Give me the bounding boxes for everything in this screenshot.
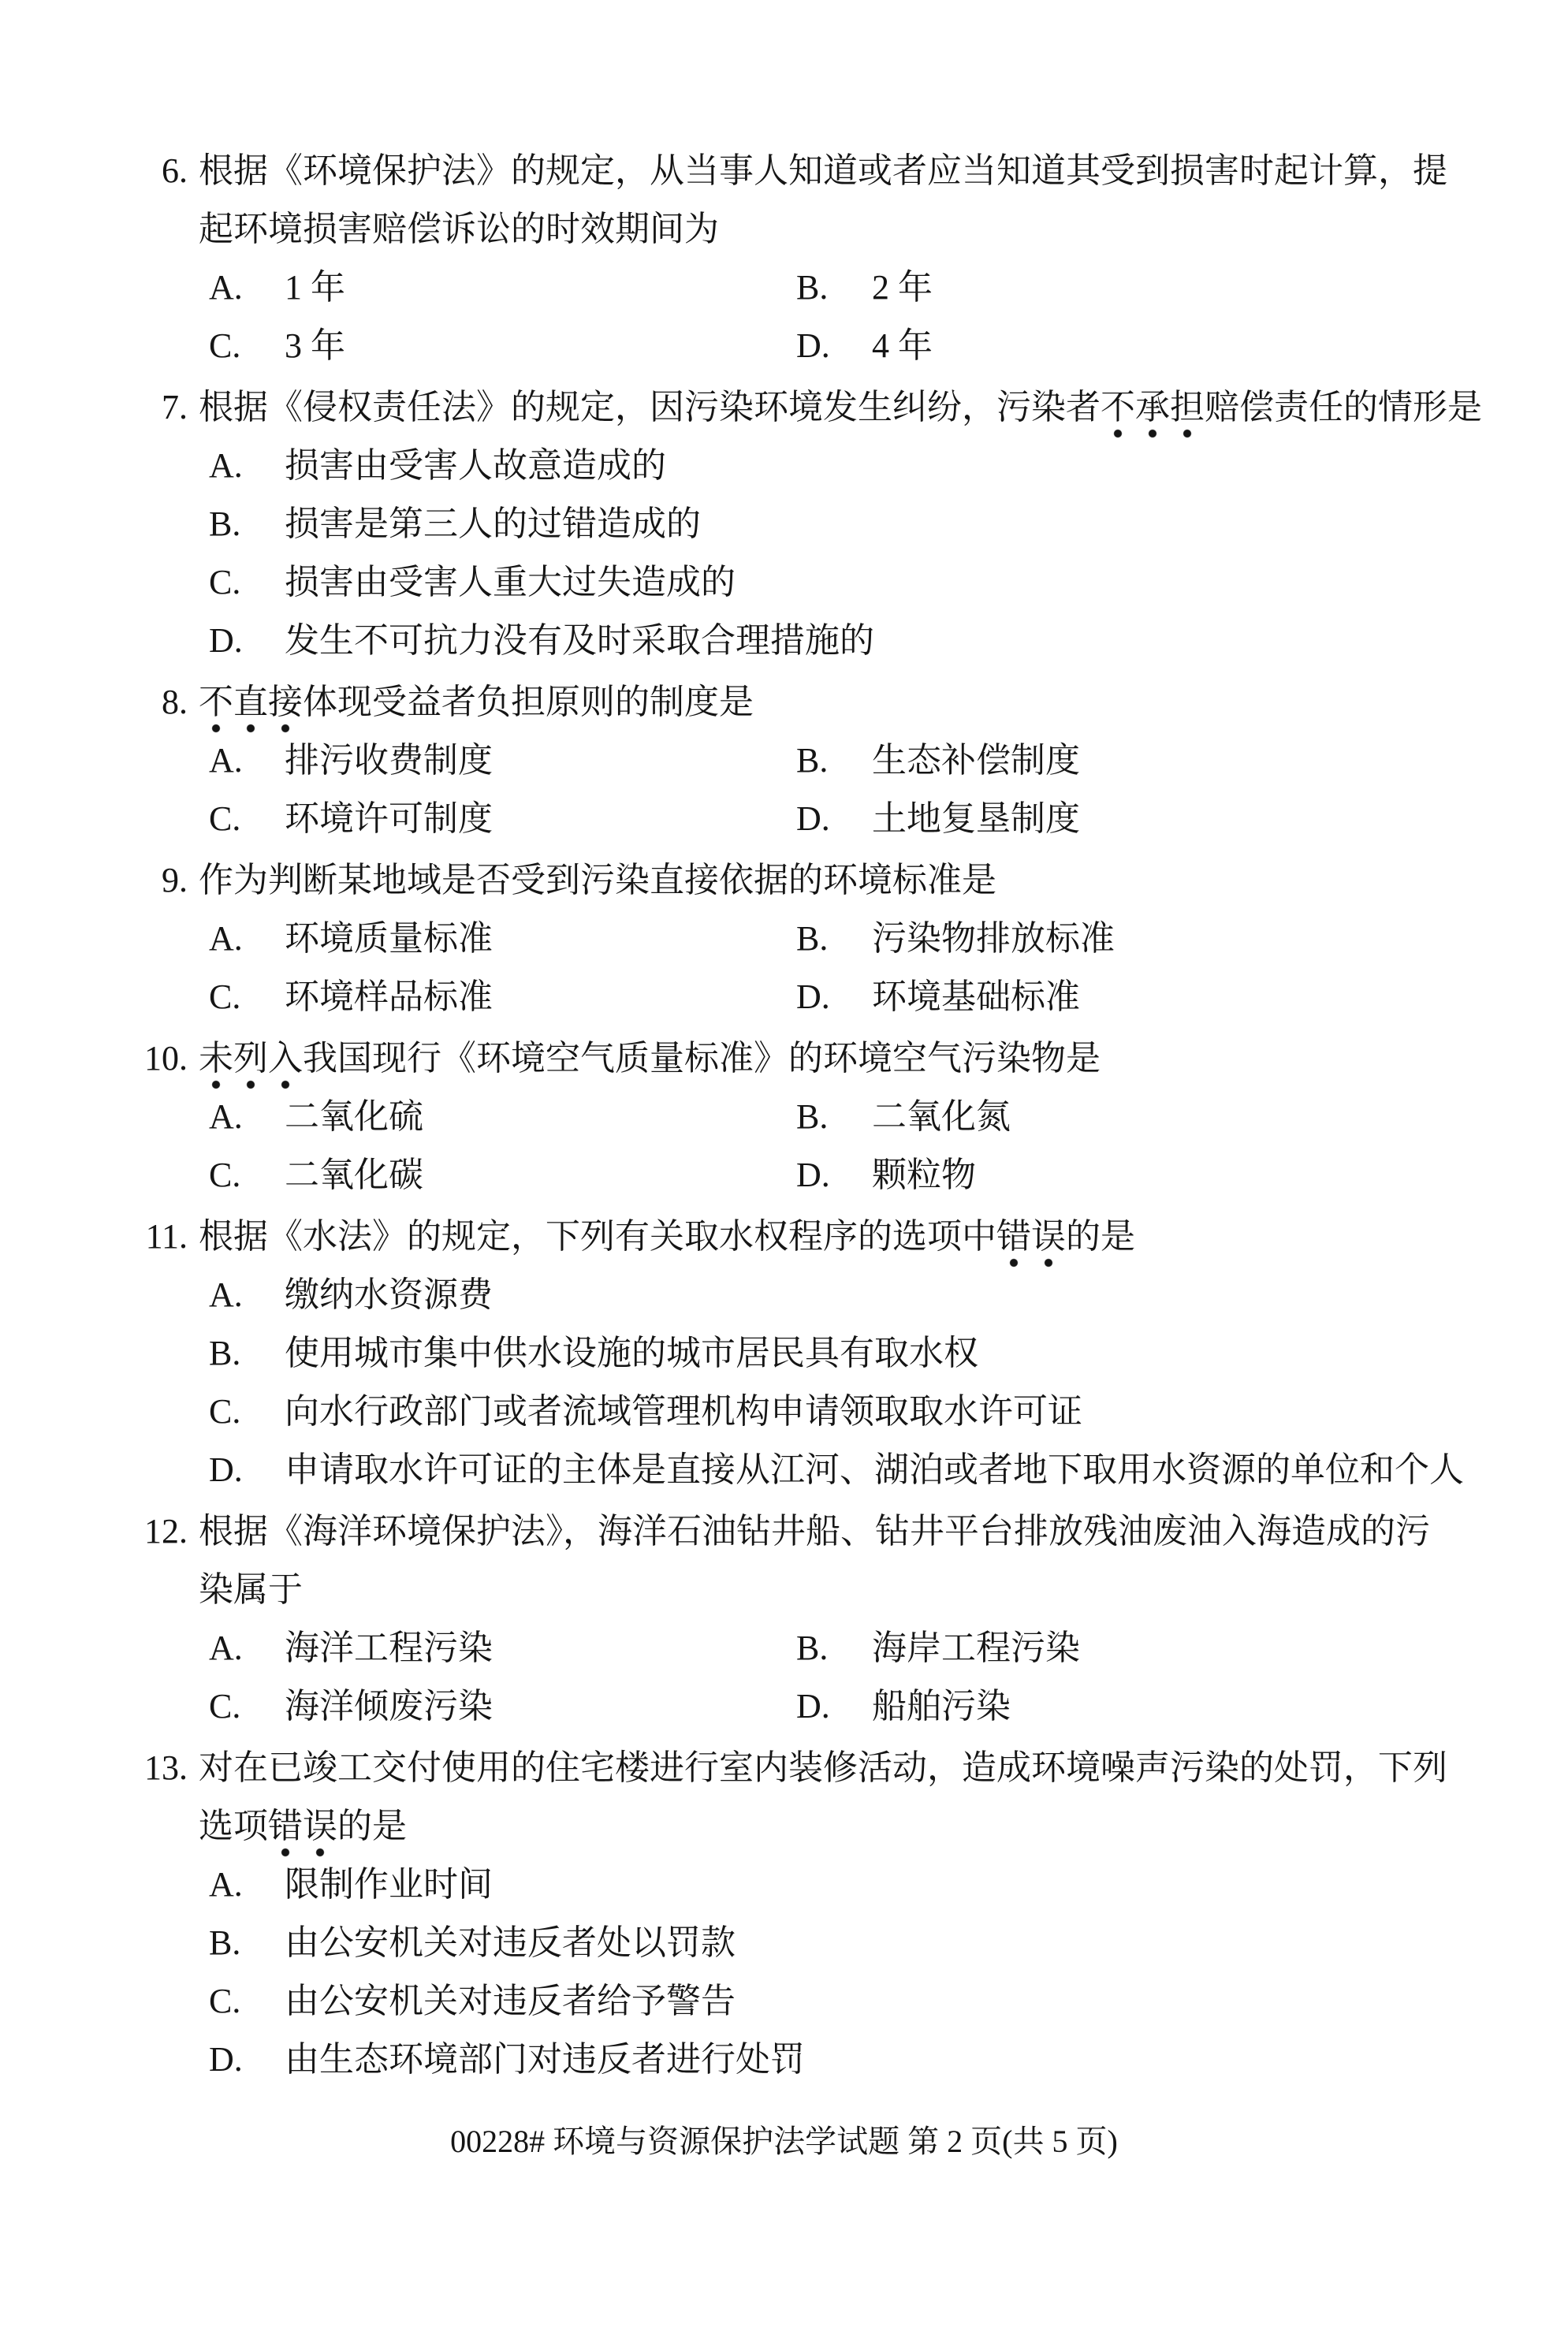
stem-segment: 根据《侵权责任法》的规定，因污染环境发生纠纷，污染者 — [199, 388, 1101, 426]
answer-option: C.环境样品标准 — [209, 968, 796, 1026]
answer-option: A.缴纳水资源费 — [0, 1266, 1568, 1324]
question-stem-row: 11.根据《水法》的规定，下列有关取水权程序的选项中错误的是 — [0, 1208, 1568, 1266]
option-label: D. — [209, 1441, 258, 1499]
question-number: 7. — [0, 378, 188, 437]
option-text: 环境基础标准 — [872, 968, 1080, 1026]
option-text: 土地复垦制度 — [872, 790, 1080, 848]
answer-option: D.申请取水许可证的主体是直接从江河、湖泊或者地下取用水资源的单位和个人 — [0, 1441, 1568, 1499]
answer-option: A.限制作业时间 — [0, 1856, 1568, 1914]
question-stem: 作为判断某地域是否受到污染直接依据的环境标准是 — [199, 851, 1492, 910]
question-stem: 不直接体现受益者负担原则的制度是 — [199, 673, 1492, 732]
question-stem: 根据《海洋环境保护法》，海洋石油钻井船、钻井平台排放残油废油入海造成的污 染属于 — [199, 1502, 1492, 1619]
stem-segment: 根据《环境保护法》的规定，从当事人知道或者应当知道其受到损害时起计算，提 起环境… — [199, 151, 1447, 248]
emphasized-text: 不直接 — [199, 673, 303, 724]
option-text: 损害由受害人故意造成的 — [285, 437, 666, 495]
option-label: D. — [796, 317, 845, 375]
answer-option: B.生态补偿制度 — [796, 732, 1568, 790]
option-text: 1 年 — [285, 259, 345, 317]
question: 6.根据《环境保护法》的规定，从当事人知道或者应当知道其受到损害时起计算，提 起… — [0, 142, 1568, 375]
question: 9.作为判断某地域是否受到污染直接依据的环境标准是A.环境质量标准B.污染物排放… — [0, 851, 1568, 1026]
option-text: 颗粒物 — [872, 1146, 976, 1204]
question-stem-row: 7.根据《侵权责任法》的规定，因污染环境发生纠纷，污染者不承担赔偿责任的情形是 — [0, 378, 1568, 437]
question-number: 9. — [0, 851, 188, 910]
emphasized-text: 错误 — [996, 1208, 1066, 1258]
options-group: A.环境质量标准B.污染物排放标准C.环境样品标准D.环境基础标准 — [0, 910, 1568, 1026]
emphasized-text: 不承担 — [1101, 378, 1205, 429]
footer-text: 00228# 环境与资源保护法学试题 第 2 页(共 5 页) — [450, 2124, 1118, 2159]
option-text: 二氧化硫 — [285, 1088, 423, 1146]
option-text: 2 年 — [872, 259, 933, 317]
question-stem-row: 8.不直接体现受益者负担原则的制度是 — [0, 673, 1568, 732]
option-label: D. — [209, 612, 258, 670]
question-number: 13. — [0, 1739, 188, 1856]
question: 13.对在已竣工交付使用的住宅楼进行室内装修活动，造成环境噪声污染的处罚，下列 … — [0, 1739, 1568, 2089]
question-stem-row: 6.根据《环境保护法》的规定，从当事人知道或者应当知道其受到损害时起计算，提 起… — [0, 142, 1568, 259]
option-label: A. — [209, 1266, 258, 1324]
option-text: 损害由受害人重大过失造成的 — [285, 553, 736, 612]
option-text: 申请取水许可证的主体是直接从江河、湖泊或者地下取用水资源的单位和个人 — [285, 1441, 1464, 1499]
answer-option: A.排污收费制度 — [209, 732, 796, 790]
answer-option: B.污染物排放标准 — [796, 910, 1568, 968]
option-label: D. — [796, 1146, 845, 1204]
question: 10.未列入我国现行《环境空气质量标准》的环境空气污染物是A.二氧化硫B.二氧化… — [0, 1029, 1568, 1204]
option-text: 环境许可制度 — [285, 790, 493, 848]
answer-option: D.由生态环境部门对违反者进行处罚 — [0, 2031, 1568, 2089]
question-stem: 根据《水法》的规定，下列有关取水权程序的选项中错误的是 — [199, 1208, 1492, 1266]
answer-option: D.颗粒物 — [796, 1146, 1568, 1204]
option-text: 由生态环境部门对违反者进行处罚 — [285, 2031, 805, 2089]
answer-option: A.1 年 — [209, 259, 796, 317]
question-stem-row: 9.作为判断某地域是否受到污染直接依据的环境标准是 — [0, 851, 1568, 910]
question-number: 12. — [0, 1502, 188, 1619]
stem-segment: 体现受益者负担原则的制度是 — [303, 683, 754, 721]
question-list: 6.根据《环境保护法》的规定，从当事人知道或者应当知道其受到损害时起计算，提 起… — [0, 142, 1568, 2092]
answer-option: D.环境基础标准 — [796, 968, 1568, 1026]
option-label: B. — [796, 1088, 845, 1146]
option-text: 排污收费制度 — [285, 732, 493, 790]
question-number: 6. — [0, 142, 188, 259]
answer-option: B.二氧化氮 — [796, 1088, 1568, 1146]
answer-option: B.损害是第三人的过错造成的 — [0, 495, 1568, 553]
page-footer: 00228# 环境与资源保护法学试题 第 2 页(共 5 页) — [0, 2123, 1568, 2161]
option-text: 限制作业时间 — [285, 1856, 493, 1914]
answer-option: D.发生不可抗力没有及时采取合理措施的 — [0, 612, 1568, 670]
option-label: A. — [209, 1619, 258, 1677]
option-text: 海洋工程污染 — [285, 1619, 493, 1677]
question-number: 8. — [0, 673, 188, 732]
answer-option: C.损害由受害人重大过失造成的 — [0, 553, 1568, 612]
option-label: B. — [209, 1324, 258, 1383]
option-text: 环境样品标准 — [285, 968, 493, 1026]
option-label: A. — [209, 1856, 258, 1914]
option-label: C. — [209, 317, 258, 375]
answer-option: D.船舶污染 — [796, 1677, 1568, 1736]
question: 7.根据《侵权责任法》的规定，因污染环境发生纠纷，污染者不承担赔偿责任的情形是A… — [0, 378, 1568, 670]
answer-option: B.海岸工程污染 — [796, 1619, 1568, 1677]
option-text: 缴纳水资源费 — [285, 1266, 493, 1324]
question: 8.不直接体现受益者负担原则的制度是A.排污收费制度B.生态补偿制度C.环境许可… — [0, 673, 1568, 848]
question-stem-row: 10.未列入我国现行《环境空气质量标准》的环境空气污染物是 — [0, 1029, 1568, 1088]
option-text: 发生不可抗力没有及时采取合理措施的 — [285, 612, 874, 670]
option-text: 4 年 — [872, 317, 933, 375]
option-text: 3 年 — [285, 317, 345, 375]
option-label: B. — [796, 910, 845, 968]
option-label: A. — [209, 910, 258, 968]
option-text: 二氧化氮 — [872, 1088, 1011, 1146]
option-text: 损害是第三人的过错造成的 — [285, 495, 701, 553]
answer-option: C.海洋倾废污染 — [209, 1677, 796, 1736]
option-label: B. — [796, 259, 845, 317]
answer-option: D.4 年 — [796, 317, 1568, 375]
option-label: C. — [209, 1677, 258, 1736]
question: 11.根据《水法》的规定，下列有关取水权程序的选项中错误的是A.缴纳水资源费B.… — [0, 1208, 1568, 1499]
stem-segment: 我国现行《环境空气质量标准》的环境空气污染物是 — [303, 1039, 1101, 1078]
option-label: D. — [796, 968, 845, 1026]
answer-option: A.损害由受害人故意造成的 — [0, 437, 1568, 495]
question-stem: 未列入我国现行《环境空气质量标准》的环境空气污染物是 — [199, 1029, 1492, 1088]
answer-option: C.向水行政部门或者流域管理机构申请领取取水许可证 — [0, 1383, 1568, 1441]
option-label: A. — [209, 437, 258, 495]
question-number: 11. — [0, 1208, 188, 1266]
option-text: 二氧化碳 — [285, 1146, 423, 1204]
question-stem: 根据《环境保护法》的规定，从当事人知道或者应当知道其受到损害时起计算，提 起环境… — [199, 142, 1492, 259]
option-label: C. — [209, 790, 258, 848]
question-stem-row: 12.根据《海洋环境保护法》，海洋石油钻井船、钻井平台排放残油废油入海造成的污 … — [0, 1502, 1568, 1619]
option-label: C. — [209, 1383, 258, 1441]
question-stem-row: 13.对在已竣工交付使用的住宅楼进行室内装修活动，造成环境噪声污染的处罚，下列 … — [0, 1739, 1568, 1856]
answer-option: B.2 年 — [796, 259, 1568, 317]
stem-segment: 作为判断某地域是否受到污染直接依据的环境标准是 — [199, 861, 996, 899]
option-text: 海洋倾废污染 — [285, 1677, 493, 1736]
option-text: 由公安机关对违反者处以罚款 — [285, 1914, 736, 1972]
option-label: A. — [209, 259, 258, 317]
answer-option: C.环境许可制度 — [209, 790, 796, 848]
stem-segment: 赔偿责任的情形是 — [1205, 388, 1482, 426]
question: 12.根据《海洋环境保护法》，海洋石油钻井船、钻井平台排放残油废油入海造成的污 … — [0, 1502, 1568, 1736]
options-group: A.二氧化硫B.二氧化氮C.二氧化碳D.颗粒物 — [0, 1088, 1568, 1204]
answer-option: C.二氧化碳 — [209, 1146, 796, 1204]
option-label: D. — [209, 2031, 258, 2089]
option-label: C. — [209, 553, 258, 612]
option-label: A. — [209, 1088, 258, 1146]
answer-option: D.土地复垦制度 — [796, 790, 1568, 848]
options-group: A.海洋工程污染B.海岸工程污染C.海洋倾废污染D.船舶污染 — [0, 1619, 1568, 1736]
option-label: C. — [209, 968, 258, 1026]
option-label: D. — [796, 1677, 845, 1736]
option-text: 污染物排放标准 — [872, 910, 1115, 968]
options-group: A.排污收费制度B.生态补偿制度C.环境许可制度D.土地复垦制度 — [0, 732, 1568, 848]
stem-segment: 的是 — [1066, 1217, 1135, 1256]
exam-paper-page: 6.根据《环境保护法》的规定，从当事人知道或者应当知道其受到损害时起计算，提 起… — [0, 0, 1568, 2338]
option-label: B. — [796, 732, 845, 790]
stem-segment: 根据《海洋环境保护法》，海洋石油钻井船、钻井平台排放残油废油入海造成的污 染属于 — [199, 1512, 1430, 1609]
emphasized-text: 未列入 — [199, 1029, 303, 1080]
answer-option: A.环境质量标准 — [209, 910, 796, 968]
option-label: B. — [796, 1619, 845, 1677]
question-number: 10. — [0, 1029, 188, 1088]
answer-option: B.使用城市集中供水设施的城市居民具有取水权 — [0, 1324, 1568, 1383]
options-group: A.限制作业时间B.由公安机关对违反者处以罚款C.由公安机关对违反者给予警告D.… — [0, 1856, 1568, 2089]
option-label: C. — [209, 1146, 258, 1204]
options-group: A.1 年B.2 年C.3 年D.4 年 — [0, 259, 1568, 375]
option-label: B. — [209, 1914, 258, 1972]
question-stem: 根据《侵权责任法》的规定，因污染环境发生纠纷，污染者不承担赔偿责任的情形是 — [199, 378, 1492, 437]
stem-segment: 的是 — [337, 1807, 407, 1845]
option-text: 环境质量标准 — [285, 910, 493, 968]
options-group: A.损害由受害人故意造成的B.损害是第三人的过错造成的C.损害由受害人重大过失造… — [0, 437, 1568, 670]
answer-option: C.由公安机关对违反者给予警告 — [0, 1972, 1568, 2031]
question-stem: 对在已竣工交付使用的住宅楼进行室内装修活动，造成环境噪声污染的处罚，下列 选项错… — [199, 1739, 1492, 1856]
stem-segment: 根据《水法》的规定，下列有关取水权程序的选项中 — [199, 1217, 996, 1256]
option-text: 由公安机关对违反者给予警告 — [285, 1972, 736, 2031]
option-text: 生态补偿制度 — [872, 732, 1080, 790]
answer-option: C.3 年 — [209, 317, 796, 375]
option-label: A. — [209, 732, 258, 790]
option-label: C. — [209, 1972, 258, 2031]
option-text: 向水行政部门或者流域管理机构申请领取取水许可证 — [285, 1383, 1082, 1441]
options-group: A.缴纳水资源费B.使用城市集中供水设施的城市居民具有取水权C.向水行政部门或者… — [0, 1266, 1568, 1499]
answer-option: A.海洋工程污染 — [209, 1619, 796, 1677]
answer-option: B.由公安机关对违反者处以罚款 — [0, 1914, 1568, 1972]
emphasized-text: 错误 — [268, 1797, 337, 1848]
option-text: 船舶污染 — [872, 1677, 1011, 1736]
option-label: D. — [796, 790, 845, 848]
option-label: B. — [209, 495, 258, 553]
answer-option: A.二氧化硫 — [209, 1088, 796, 1146]
option-text: 海岸工程污染 — [872, 1619, 1080, 1677]
option-text: 使用城市集中供水设施的城市居民具有取水权 — [285, 1324, 978, 1383]
